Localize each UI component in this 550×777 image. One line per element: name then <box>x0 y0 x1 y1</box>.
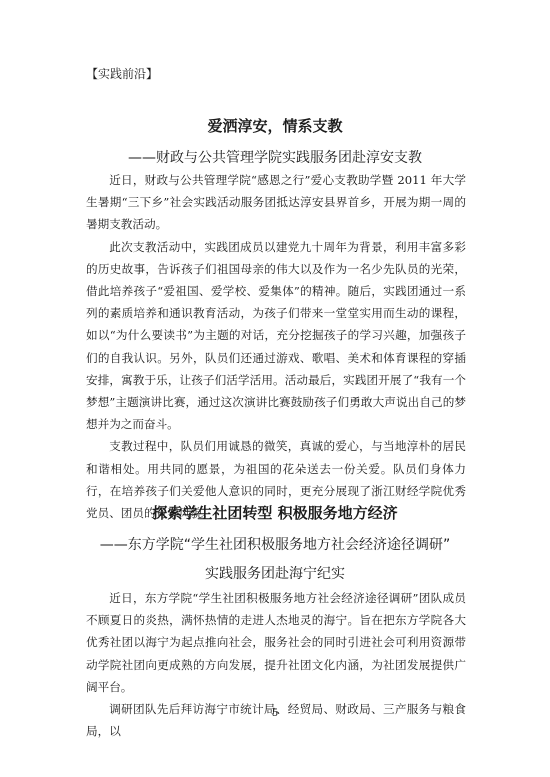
article2-title: 探索学生社团转型 积极服务地方经济 <box>0 502 550 523</box>
page-number: 5 <box>0 708 550 719</box>
article2-paragraph: 近日，东方学院“学生社团积极服务地方社会经济途径调研”团队成员不顾夏日的炎热，满… <box>86 587 466 698</box>
article1-subtitle: ——财政与公共管理学院实践服务团赴淳安支教 <box>0 147 550 167</box>
article1-body: 近日，财政与公共管理学院“感恩之行”爱心支教助学暨 2011 年大学生暑期“三下… <box>86 169 466 524</box>
article1-title: 爱洒淳安，情系支教 <box>0 115 550 136</box>
article2-subtitle-line1: ——东方学院“学生社团积极服务地方社会经济途径调研” <box>0 534 550 554</box>
article1-paragraph: 此次支教活动中，实践团成员以建党九十周年为背景，利用丰富多彩的历史故事，告诉孩子… <box>86 236 466 436</box>
section-label: 【实践前沿】 <box>86 66 158 82</box>
document-page: 【实践前沿】 爱洒淳安，情系支教 ——财政与公共管理学院实践服务团赴淳安支教 近… <box>0 0 550 777</box>
article2-body: 近日，东方学院“学生社团积极服务地方社会经济途径调研”团队成员不顾夏日的炎热，满… <box>86 587 466 742</box>
article2-subtitle-line2: 实践服务团赴海宁纪实 <box>0 563 550 583</box>
article1-paragraph: 近日，财政与公共管理学院“感恩之行”爱心支教助学暨 2011 年大学生暑期“三下… <box>86 169 466 236</box>
article2-paragraph: 调研团队先后拜访海宁市统计局、经贸局、财政局、三产服务与粮食局，以 <box>86 698 466 742</box>
